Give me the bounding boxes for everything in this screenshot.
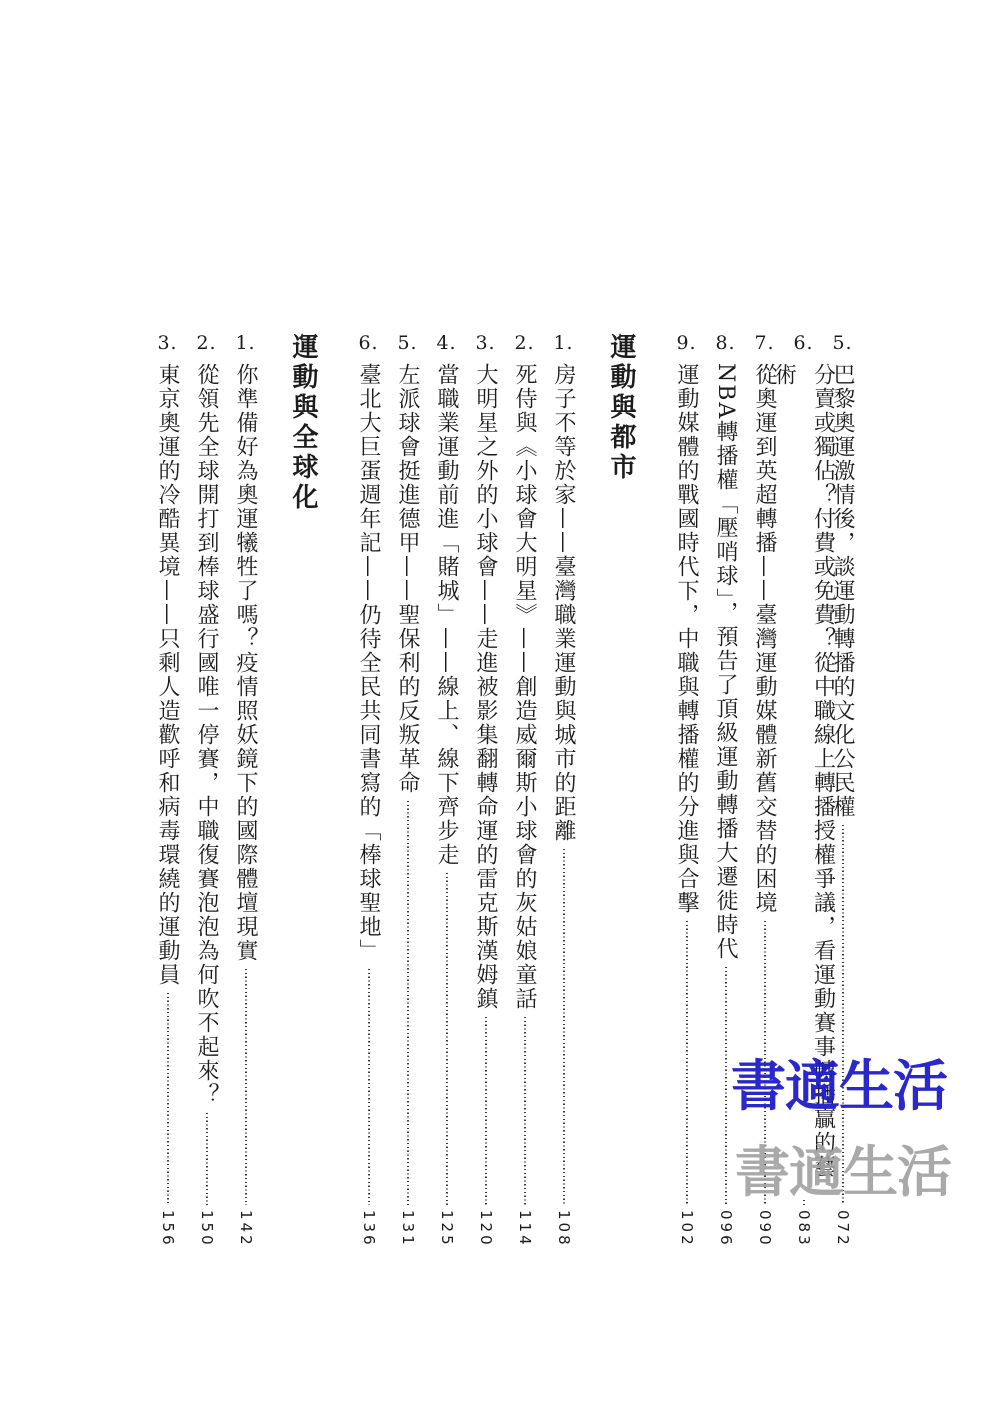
page-number: 072	[823, 1210, 862, 1248]
entry-number: 7.	[754, 333, 774, 353]
page-number: 150	[187, 1210, 226, 1248]
toc-entry: 3.東京奧運的冷酷異境——只剩人造歡呼和病毒環繞的運動員156	[148, 333, 187, 1248]
toc-entry: 6.分賣或獨佔？付費或免費？從中職線上轉播授權爭議，看運動賽事轉播贏的藝術083	[784, 333, 823, 1248]
toc-entry: 8.NBA轉播權「壓哨球」，預告了頂級運動轉播大遷徙時代096	[706, 333, 745, 1248]
entry-number: 2.	[196, 333, 216, 353]
entry-title: 當職業運動前進「賭城」——線上、線下齊步走	[427, 363, 466, 867]
toc-entry: 9.運動媒體的戰國時代下，中職與轉播權的分進與合擊102	[667, 333, 706, 1248]
page-number: 096	[706, 1210, 745, 1248]
dotted-leader	[368, 969, 370, 1205]
toc-entry: 6.臺北大巨蛋週年記——仍待全民共同書寫的「棒球聖地」136	[349, 333, 388, 1248]
toc-entry: 1.房子不等於家——臺灣職業運動與城市的距離108	[544, 333, 583, 1248]
dotted-leader	[524, 1017, 526, 1205]
dotted-leader	[446, 873, 448, 1205]
page-number: 120	[466, 1210, 505, 1248]
dotted-leader	[563, 849, 565, 1205]
entry-number: 5.	[832, 333, 852, 353]
toc-entry: 4.當職業運動前進「賭城」——線上、線下齊步走125	[427, 333, 466, 1248]
dotted-leader	[803, 1200, 805, 1205]
dotted-leader	[245, 969, 247, 1205]
entry-title: 大明星之外的小球會——走進被影集翻轉命運的雷克斯漢姆鎮	[466, 363, 505, 1011]
entry-number: 9.	[676, 333, 696, 353]
toc-entry: 5.左派球會挺進德甲——聖保利的反叛革命131	[388, 333, 427, 1248]
dotted-leader	[206, 1113, 208, 1205]
entry-title: 房子不等於家——臺灣職業運動與城市的距離	[544, 363, 583, 843]
entry-title: NBA轉播權「壓哨球」，預告了頂級運動轉播大遷徙時代	[706, 363, 745, 961]
entry-number: 5.	[397, 333, 417, 353]
dotted-leader	[764, 921, 766, 1205]
entry-title: 左派球會挺進德甲——聖保利的反叛革命	[388, 363, 427, 795]
page-number: 156	[148, 1210, 187, 1248]
dotted-leader	[167, 993, 169, 1205]
entry-number: 8.	[715, 333, 735, 353]
entry-title: 從奧運到英超轉播——臺灣運動媒體新舊交替的困境	[745, 363, 784, 915]
page-number: 083	[784, 1210, 823, 1248]
entry-title: 從領先全球開打到棒球盛行國唯一停賽，中職復賽泡泡為何吹不起來？	[187, 363, 226, 1107]
entry-title: 臺北大巨蛋週年記——仍待全民共同書寫的「棒球聖地」	[349, 363, 388, 963]
page-number: 142	[226, 1210, 265, 1248]
page-number: 131	[388, 1210, 427, 1248]
page-number: 108	[544, 1210, 583, 1248]
entry-number: 1.	[553, 333, 573, 353]
entry-number: 3.	[475, 333, 495, 353]
entry-number: 6.	[358, 333, 378, 353]
toc-entry: 2.死侍與《小球會大明星》——創造威爾斯小球會的灰姑娘童話114	[505, 333, 544, 1248]
entry-number: 4.	[436, 333, 456, 353]
dotted-leader	[485, 1017, 487, 1205]
page-number: 090	[745, 1210, 784, 1248]
entry-title: 東京奧運的冷酷異境——只剩人造歡呼和病毒環繞的運動員	[148, 363, 187, 987]
toc-entry: 3.大明星之外的小球會——走進被影集翻轉命運的雷克斯漢姆鎮120	[466, 333, 505, 1248]
section-header: 運動與全球化	[285, 333, 321, 1248]
book-toc-page: 5.巴黎奧運激情後，談運動轉播的文化公民權0726.分賣或獨佔？付費或免費？從中…	[0, 0, 1000, 1402]
entry-number: 3.	[157, 333, 177, 353]
entry-number: 1.	[235, 333, 255, 353]
page-number: 114	[505, 1210, 544, 1248]
page-number: 136	[349, 1210, 388, 1248]
dotted-leader	[407, 801, 409, 1205]
toc-entry: 1.你準備好為奧運犧牲了嗎？疫情照妖鏡下的國際體壇現實142	[226, 333, 265, 1248]
dotted-leader	[725, 967, 727, 1205]
toc: 5.巴黎奧運激情後，談運動轉播的文化公民權0726.分賣或獨佔？付費或免費？從中…	[148, 333, 862, 1248]
page-number: 125	[427, 1210, 466, 1248]
entry-title: 運動媒體的戰國時代下，中職與轉播權的分進與合擊	[667, 363, 706, 915]
entry-title: 死侍與《小球會大明星》——創造威爾斯小球會的灰姑娘童話	[505, 363, 544, 1011]
entry-title: 你準備好為奧運犧牲了嗎？疫情照妖鏡下的國際體壇現實	[226, 363, 265, 963]
section-header: 運動與都市	[603, 333, 639, 1248]
dotted-leader	[686, 921, 688, 1205]
entry-number: 2.	[514, 333, 534, 353]
entry-number: 6.	[793, 333, 813, 353]
toc-entry: 2.從領先全球開打到棒球盛行國唯一停賽，中職復賽泡泡為何吹不起來？150	[187, 333, 226, 1248]
page-number: 102	[667, 1210, 706, 1248]
